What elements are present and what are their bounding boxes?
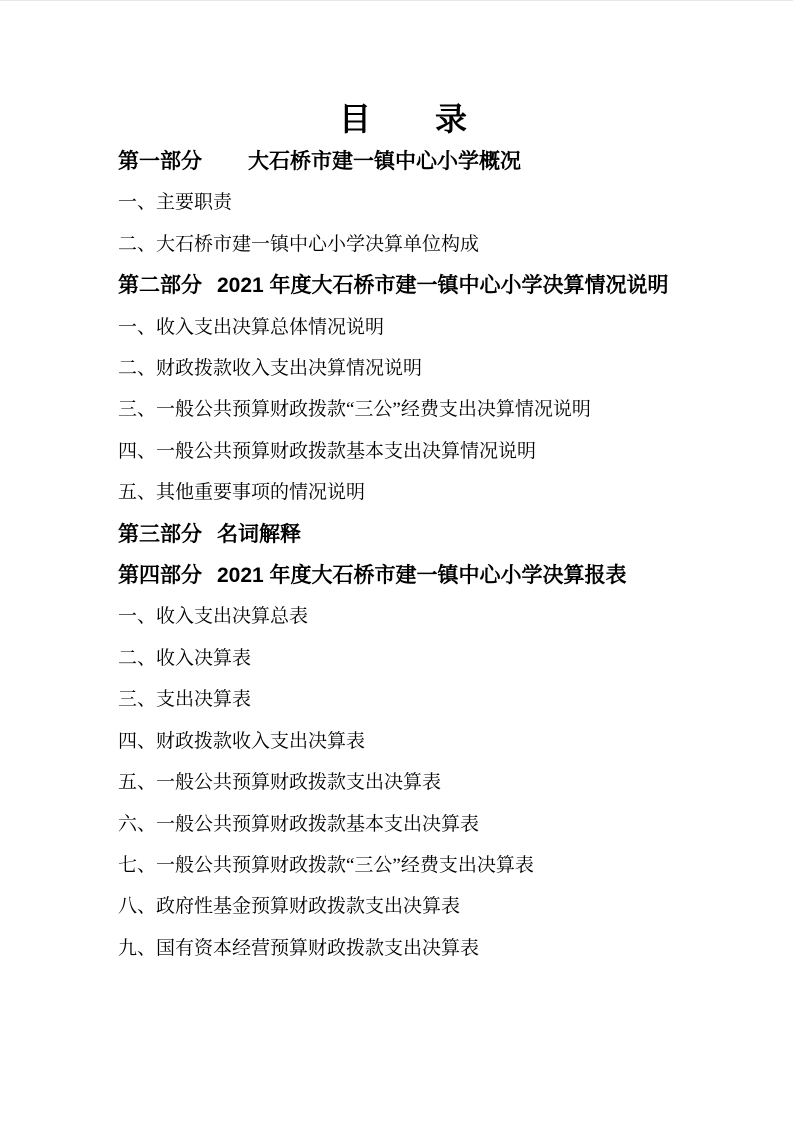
toc-item-part1-2: 二、大石桥市建一镇中心小学决算单位构成 <box>118 224 688 265</box>
part4-label: 第四部分 <box>118 564 202 587</box>
toc-title: 目 录 <box>118 97 688 141</box>
toc-item-part4-7: 七、一般公共预算财政拨款“三公”经费支出决算表 <box>118 845 688 886</box>
toc-item-part4-3: 三、支出决算表 <box>118 679 688 720</box>
toc-item-part4-1: 一、收入支出决算总表 <box>118 596 688 637</box>
part2-label: 第二部分 <box>118 274 202 297</box>
toc-item-part4-6: 六、一般公共预算财政拨款基本支出决算表 <box>118 804 688 845</box>
part4-title: 2021 年度大石桥市建一镇中心小学决算报表 <box>217 564 627 587</box>
part1-heading: 第一部分大石桥市建一镇中心小学概况 <box>118 141 688 182</box>
part1-title: 大石桥市建一镇中心小学概况 <box>248 150 521 173</box>
toc-item-part4-4: 四、财政拨款收入支出决算表 <box>118 721 688 762</box>
toc-item-part4-2: 二、收入决算表 <box>118 638 688 679</box>
part2-title: 2021 年度大石桥市建一镇中心小学决算情况说明 <box>217 274 669 297</box>
toc-item-part2-1: 一、收入支出决算总体情况说明 <box>118 307 688 348</box>
toc-item-part2-3: 三、一般公共预算财政拨款“三公”经费支出决算情况说明 <box>118 389 688 430</box>
toc-item-part4-5: 五、一般公共预算财政拨款支出决算表 <box>118 762 688 803</box>
toc-item-part2-2: 二、财政拨款收入支出决算情况说明 <box>118 348 688 389</box>
document-page: 目 录 第一部分大石桥市建一镇中心小学概况 一、主要职责 二、大石桥市建一镇中心… <box>0 0 793 1122</box>
toc-item-part4-8: 八、政府性基金预算财政拨款支出决算表 <box>118 886 688 927</box>
toc-item-part4-9: 九、国有资本经营预算财政拨款支出决算表 <box>118 928 688 969</box>
part4-heading: 第四部分2021 年度大石桥市建一镇中心小学决算报表 <box>118 555 688 596</box>
toc-item-part2-4: 四、一般公共预算财政拨款基本支出决算情况说明 <box>118 431 688 472</box>
part2-heading: 第二部分2021 年度大石桥市建一镇中心小学决算情况说明 <box>118 265 688 306</box>
part3-label: 第三部分 <box>118 523 202 546</box>
part3-heading: 第三部分名词解释 <box>118 514 688 555</box>
part1-label: 第一部分 <box>118 150 202 173</box>
toc-item-part2-5: 五、其他重要事项的情况说明 <box>118 472 688 513</box>
part3-title: 名词解释 <box>217 523 301 546</box>
toc-item-part1-1: 一、主要职责 <box>118 182 688 223</box>
